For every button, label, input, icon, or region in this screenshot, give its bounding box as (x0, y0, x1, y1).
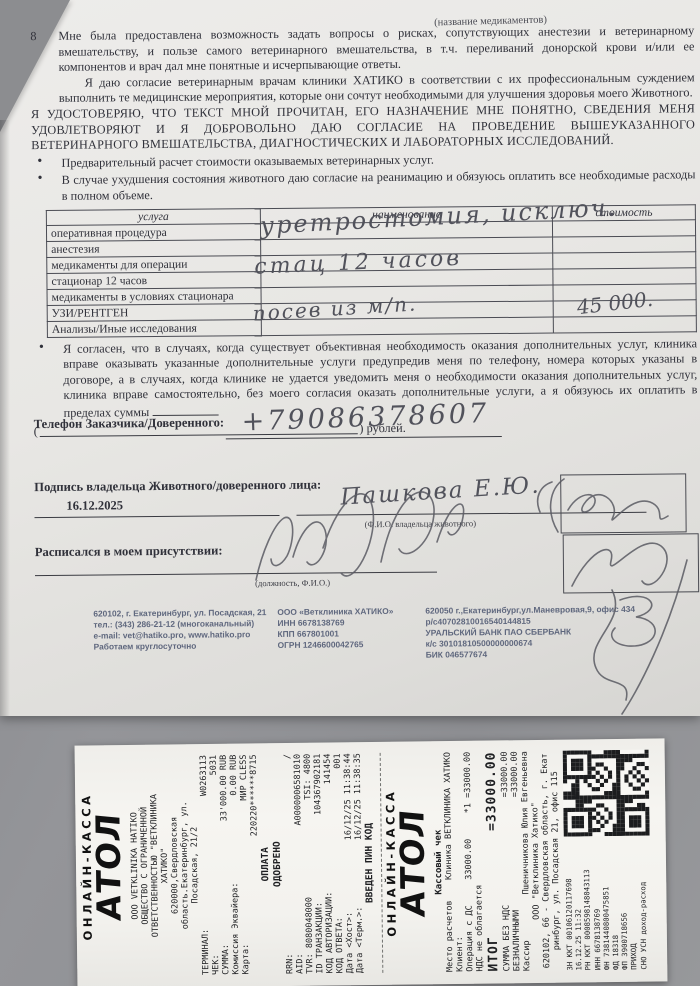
bullet-text: Предварительный расчет стоимости оказыва… (61, 152, 434, 169)
footer-line: Работаем круглосуточно (94, 640, 284, 653)
service-cell-cost (553, 267, 696, 284)
atol-logo-big-text: АТОЛ (91, 811, 126, 922)
clause-8: 8 Мне была предоставлена возможность зад… (30, 23, 694, 76)
atol-logo-big-text: АТОЛ (395, 807, 430, 918)
atol-logo: ОНЛАЙН-КАССА АТОЛ (81, 756, 128, 977)
service-cell-service: оперативная процедура (46, 223, 260, 241)
service-cell-cost (553, 315, 696, 332)
fiscal-info: ЗН ККТ 0010612011769816.12.25 11:32РН КК… (564, 840, 652, 971)
service-cell-service: медикаменты для операции (47, 255, 261, 273)
photo-of-document: (название медикаментов) 8 Мне была предо… (0, 0, 700, 986)
service-cell-cost (553, 251, 696, 268)
footer-line: 620102, г. Екатеринбург, ул. Посадская, … (93, 607, 283, 620)
atol-logo: ОНЛАЙН-КАССА АТОЛ (385, 752, 432, 973)
receipt-line: ринбург, ул. Посадская 21, офис 115 (550, 751, 563, 971)
slip-lines: ООО VETKLINIKA HATIKOОБЩЕСТВО С ОГРАНИЧЕ… (129, 753, 384, 976)
footer-col3: 620050 г.,Екатеринбург,ул.Маневровая,9, … (425, 604, 660, 661)
thermal-receipt: ОНЛАЙН-КАССА АТОЛ ООО VETKLINIKA HATIKOО… (75, 738, 668, 986)
bullet-dot: • (37, 171, 42, 187)
phone-label: Телефон Заказчика/Доверенного: (34, 415, 225, 432)
document-sheet: (название медикаментов) 8 Мне была предо… (0, 0, 700, 716)
qr-code (563, 750, 650, 837)
service-cell-cost (553, 235, 696, 252)
footer-line: 620050 г.,Екатеринбург,ул.Маневровая,9, … (425, 604, 660, 617)
clause-number: 8 (30, 29, 36, 45)
footer-col1: 620102, г. Екатеринбург, ул. Посадская, … (93, 607, 283, 653)
service-cell-service: анестезия (47, 239, 261, 257)
footer-line: ОГРН 1246600042765 (278, 639, 438, 651)
fiscal-info-line: СНО УСН доход-расход (637, 840, 648, 970)
owner-signature-box (560, 473, 687, 533)
attestation-text: Я УДОСТОВЕРЯЮ, ЧТО ТЕКСТ МНОЙ ПРОЧИТАН, … (31, 101, 695, 154)
receipt-content: ОНЛАЙН-КАССА АТОЛ ООО VETKLINIKA HATIKOО… (75, 739, 668, 986)
service-cell-service: УЗИ/РЕНТГЕН (47, 303, 261, 321)
service-cell-service: медикаменты в условиях стационара (47, 287, 261, 305)
service-cell-service: Анализы/Иные исследования (47, 319, 261, 337)
footer-col2: ООО «Ветклиника ХАТИКО»ИНН 6678138769КПП… (277, 606, 437, 651)
witness-caption: (должность, Ф.И.О.) (255, 578, 330, 589)
bullet-dot: • (37, 154, 42, 170)
witness-signature-box (563, 533, 700, 593)
tear-line (380, 753, 384, 973)
bullet-dot: • (39, 340, 44, 356)
clause8-text: Мне была предоставлена возможность задат… (58, 23, 694, 74)
owner-caption: (Ф.И.О. владельца животного) (365, 518, 477, 529)
service-cell-service: стационар 12 часов (47, 271, 261, 289)
date-line (34, 493, 279, 518)
fiscal-footer: ЗН ККТ 0010612011769816.12.25 11:32РН КК… (563, 750, 652, 971)
fiscal-lines: Место расчетовКлиника ВЕТКЛИНИКА ХАТИКОК… (443, 751, 563, 972)
witness-line (35, 550, 437, 577)
services-table-body: оперативная процедураанестезиямедикамент… (46, 219, 696, 337)
sum-blank-line (152, 402, 218, 416)
footer-line: БИК 046577674 (426, 648, 661, 661)
